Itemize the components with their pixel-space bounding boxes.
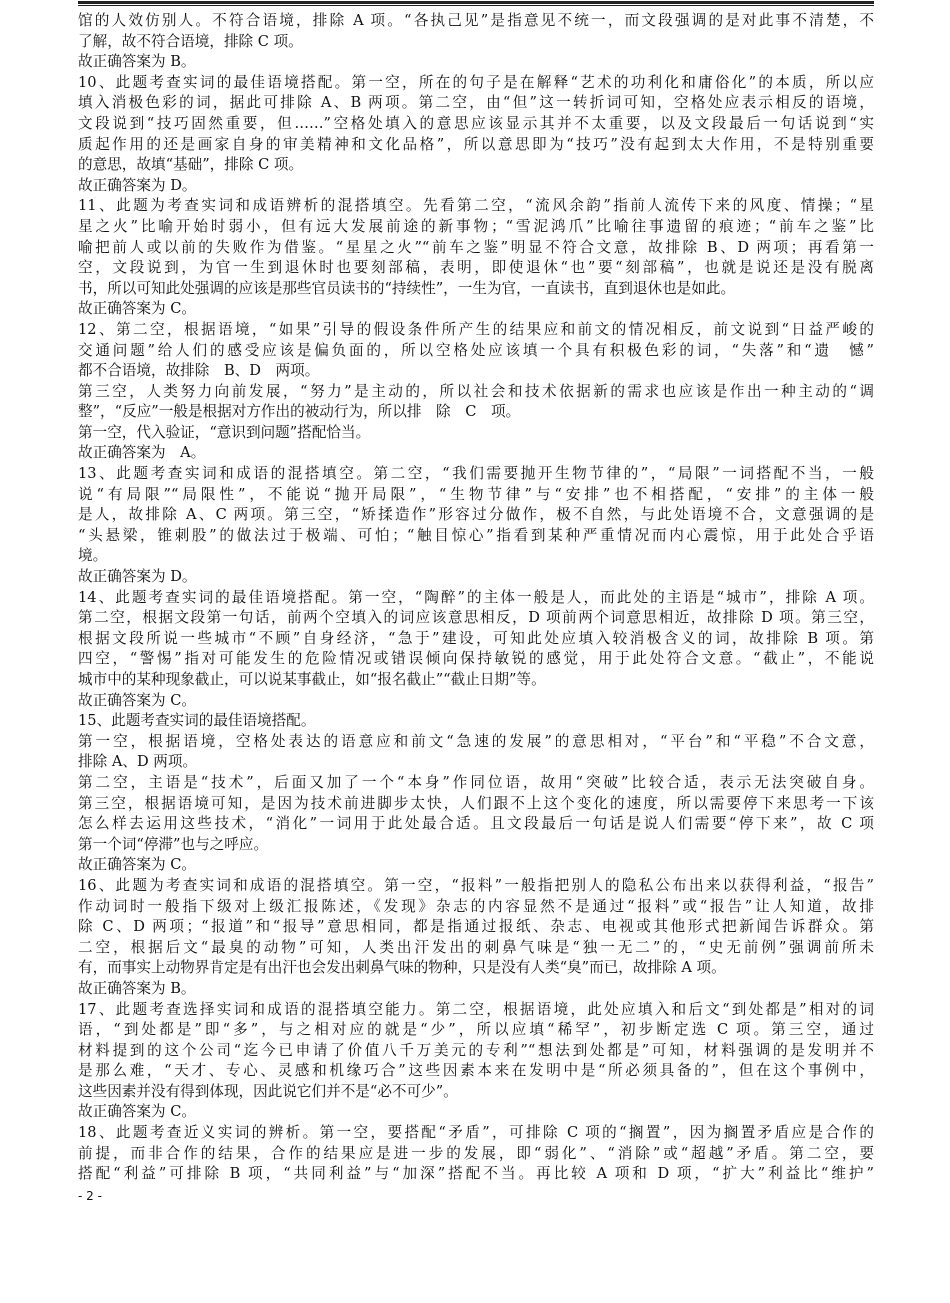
text-line: 这些因素并没有得到体现，因此说它们并不是“必不可少”。 [78,1082,874,1103]
document-page: 馆的人效仿别人。不符合语境，排除 A 项。“各执己见”是指意见不统一，而文段强调… [78,0,874,1206]
text-line: 排除 A、D 两项。 [78,752,874,773]
text-line: 第三空，根据语境可知，是因为技术前进脚步太快，人们跟不上这个变化的速度，所以需要… [78,794,874,815]
text-line: 故正确答案为 D。 [78,176,874,197]
text-line: 故正确答案为 B。 [78,979,874,1000]
text-line: 10、此题考查实词的最佳语境搭配。第一空，所在的句子是在解释“艺术的功利化和庸俗… [78,73,874,94]
text-line: 故正确答案为 B。 [78,52,874,73]
text-line: 是那么难，“天才、专心、灵感和机缘巧合”这些因素本来在发明中是“所必须具备的”，… [78,1061,874,1082]
text-line: 了解，故不符合语境，排除 C 项。 [78,32,874,53]
text-line: 故正确答案为 A。 [78,443,874,464]
text-line: 13、此题考查实词和成语的混搭填空。第二空，“我们需要抛开生物节律的”，“局限”… [78,464,874,485]
text-line: 的意思，故填“基础”，排除 C 项。 [78,155,874,176]
text-line: 文段说到“技巧固然重要，但……”空格处填入的意思应该显示其并不太重要，以及文段最… [78,114,874,135]
text-line: 二空，根据后文“最臭的动物”可知，人类出汗发出的刺鼻气味是“独一无二”的，“史无… [78,938,874,959]
text-line: 交通问题”给人们的感受应该是偏负面的，所以空格处应该填一个具有积极色彩的词，“失… [78,341,874,362]
text-line: 作动词时一般指下级对上级汇报陈述，《发现》杂志的内容显然不是通过“报料”或“报告… [78,897,874,918]
text-line: 城市中的某种现象截止，可以说某事截止，如“报名截止”“截止日期”等。 [78,670,874,691]
text-line: 材料提到的这个公司“迄今已申请了价值八千万美元的专利”“想法到处都是”可知，材料… [78,1041,874,1062]
header-rule-thick [78,1,874,4]
text-line: 第一空，根据语境，空格处表达的语意应和前文“急速的发展”的意思相对，“平台”和“… [78,732,874,753]
text-line: 空，文段说到，为官一生到退休时也要刻部稿，表明，即使退休“也”要“刻部稿”，也就… [78,258,874,279]
text-line: 前提，而非合作的结果，合作的结果应是进一步的发展，即“弱化”、“消除”或“超越”… [78,1144,874,1165]
text-line: 填入消极色彩的词，据此可排除 A、B 两项。第二空，由“但”这一转折词可知，空格… [78,93,874,114]
text-line: 喻把前人或以前的失败作为借鉴。“星星之火”“前车之鉴”明显不符合文意，故排除 B… [78,238,874,259]
text-line: 有，而事实上动物界肯定是有出汗也会发出刺鼻气味的物种，只是没有人类“臭”而已，故… [78,958,874,979]
text-line: 第一空，代入验证，“意识到问题”搭配恰当。 [78,423,874,444]
text-line: 第三空，人类努力向前发展，“努力”是主动的，所以社会和技术依据新的需求也应该是作… [78,382,874,403]
text-line: 根据文段所说一些城市“不顾”自身经济，“急于”建设，可知此处应填入较消极含义的词… [78,629,874,650]
text-line: 馆的人效仿别人。不符合语境，排除 A 项。“各执己见”是指意见不统一，而文段强调… [78,11,874,32]
header-double-rule [78,0,874,8]
text-line: 17、此题考查选择实词和成语的混搭填空能力。第二空，根据语境，此处应填入和后文“… [78,1000,874,1021]
text-line: 故正确答案为 D。 [78,567,874,588]
text-line: 语，“到处都是”即“多”，与之相对应的就是“少”，所以应填“稀罕”，初步断定选 … [78,1020,874,1041]
text-line: 怎么样去运用这些技术，“消化”一词用于此处最合适。且文段最后一句话是说人们需要“… [78,814,874,835]
text-line: 故正确答案为 C。 [78,299,874,320]
text-line: 星之火”比喻开始时弱小，但有远大发展前途的新事物；“雪泥鸿爪”比喻往事遗留的痕迹… [78,217,874,238]
text-line: 质起作用的还是画家自身的审美精神和文化品格”，所以意思即为“技巧”没有起到太大作… [78,135,874,156]
text-line: 故正确答案为 C。 [78,691,874,712]
text-line: 16、此题为考查实词和成语的混搭填空。第一空，“报料”一般指把别人的隐私公布出来… [78,876,874,897]
text-line: 搭配“利益”可排除 B 项，“共同利益”与“加深”搭配不当。再比较 A 项和 D… [78,1164,874,1185]
text-line: 18、此题考查近义实词的辨析。第一空，要搭配“矛盾”，可排除 C 项的“搁置”，… [78,1123,874,1144]
text-line: 除 C、D 两项；“报道”和“报导”意思相同，都是指通过报纸、杂志、电视或其他形… [78,917,874,938]
text-line: 境。 [78,546,874,567]
text-line: 书，所以可知此处强调的应该是那些官员读书的“持续性”，一生为官，一直读书，直到退… [78,279,874,300]
text-line: 故正确答案为 C。 [78,1102,874,1123]
page-number: - 2 - [78,1186,874,1206]
header-rule-thin [78,5,874,6]
text-line: “头悬梁，锥刺股”的做法过于极端、可怕；“触目惊心”指看到某种严重情况而内心震惊… [78,526,874,547]
text-line: 14、此题考查实词的最佳语境搭配。第一空，“陶醉”的主体一般是人，而此处的主语是… [78,588,874,609]
text-line: 第二空，根据文段第一句话，前两个空填入的词应该意思相反，D 项前两个词意思相近，… [78,608,874,629]
text-line: 故正确答案为 C。 [78,855,874,876]
answer-explanations-body: 馆的人效仿别人。不符合语境，排除 A 项。“各执己见”是指意见不统一，而文段强调… [78,11,874,1185]
text-line: 12、第二空，根据语境，“如果”引导的假设条件所产生的结果应和前文的情况相反，前… [78,320,874,341]
text-line: 第一个词“停滞”也与之呼应。 [78,835,874,856]
text-line: 是人，故排除 A、C 两项。第三空，“矫揉造作”形容过分做作，极不自然，与此处语… [78,505,874,526]
text-line: 都不合语境，故排除 B、D 两项。 [78,361,874,382]
text-line: 整”，“反应”一般是根据对方作出的被动行为，所以排 除 C 项。 [78,402,874,423]
text-line: 15、此题考查实词的最佳语境搭配。 [78,711,874,732]
text-line: 四空，“警惕”指对可能发生的危险情况或错误倾向保持敏锐的感觉，用于此处符合文意。… [78,649,874,670]
text-line: 第二空，主语是“技术”，后面又加了一个“本身”作同位语，故用“突破”比较合适，表… [78,773,874,794]
text-line: 说“有局限”“局限性”，不能说“抛开局限”，“生物节律”与“安排”也不相搭配，“… [78,485,874,506]
text-line: 11、此题为考查实词和成语辨析的混搭填空。先看第二空，“流风余韵”指前人流传下来… [78,196,874,217]
